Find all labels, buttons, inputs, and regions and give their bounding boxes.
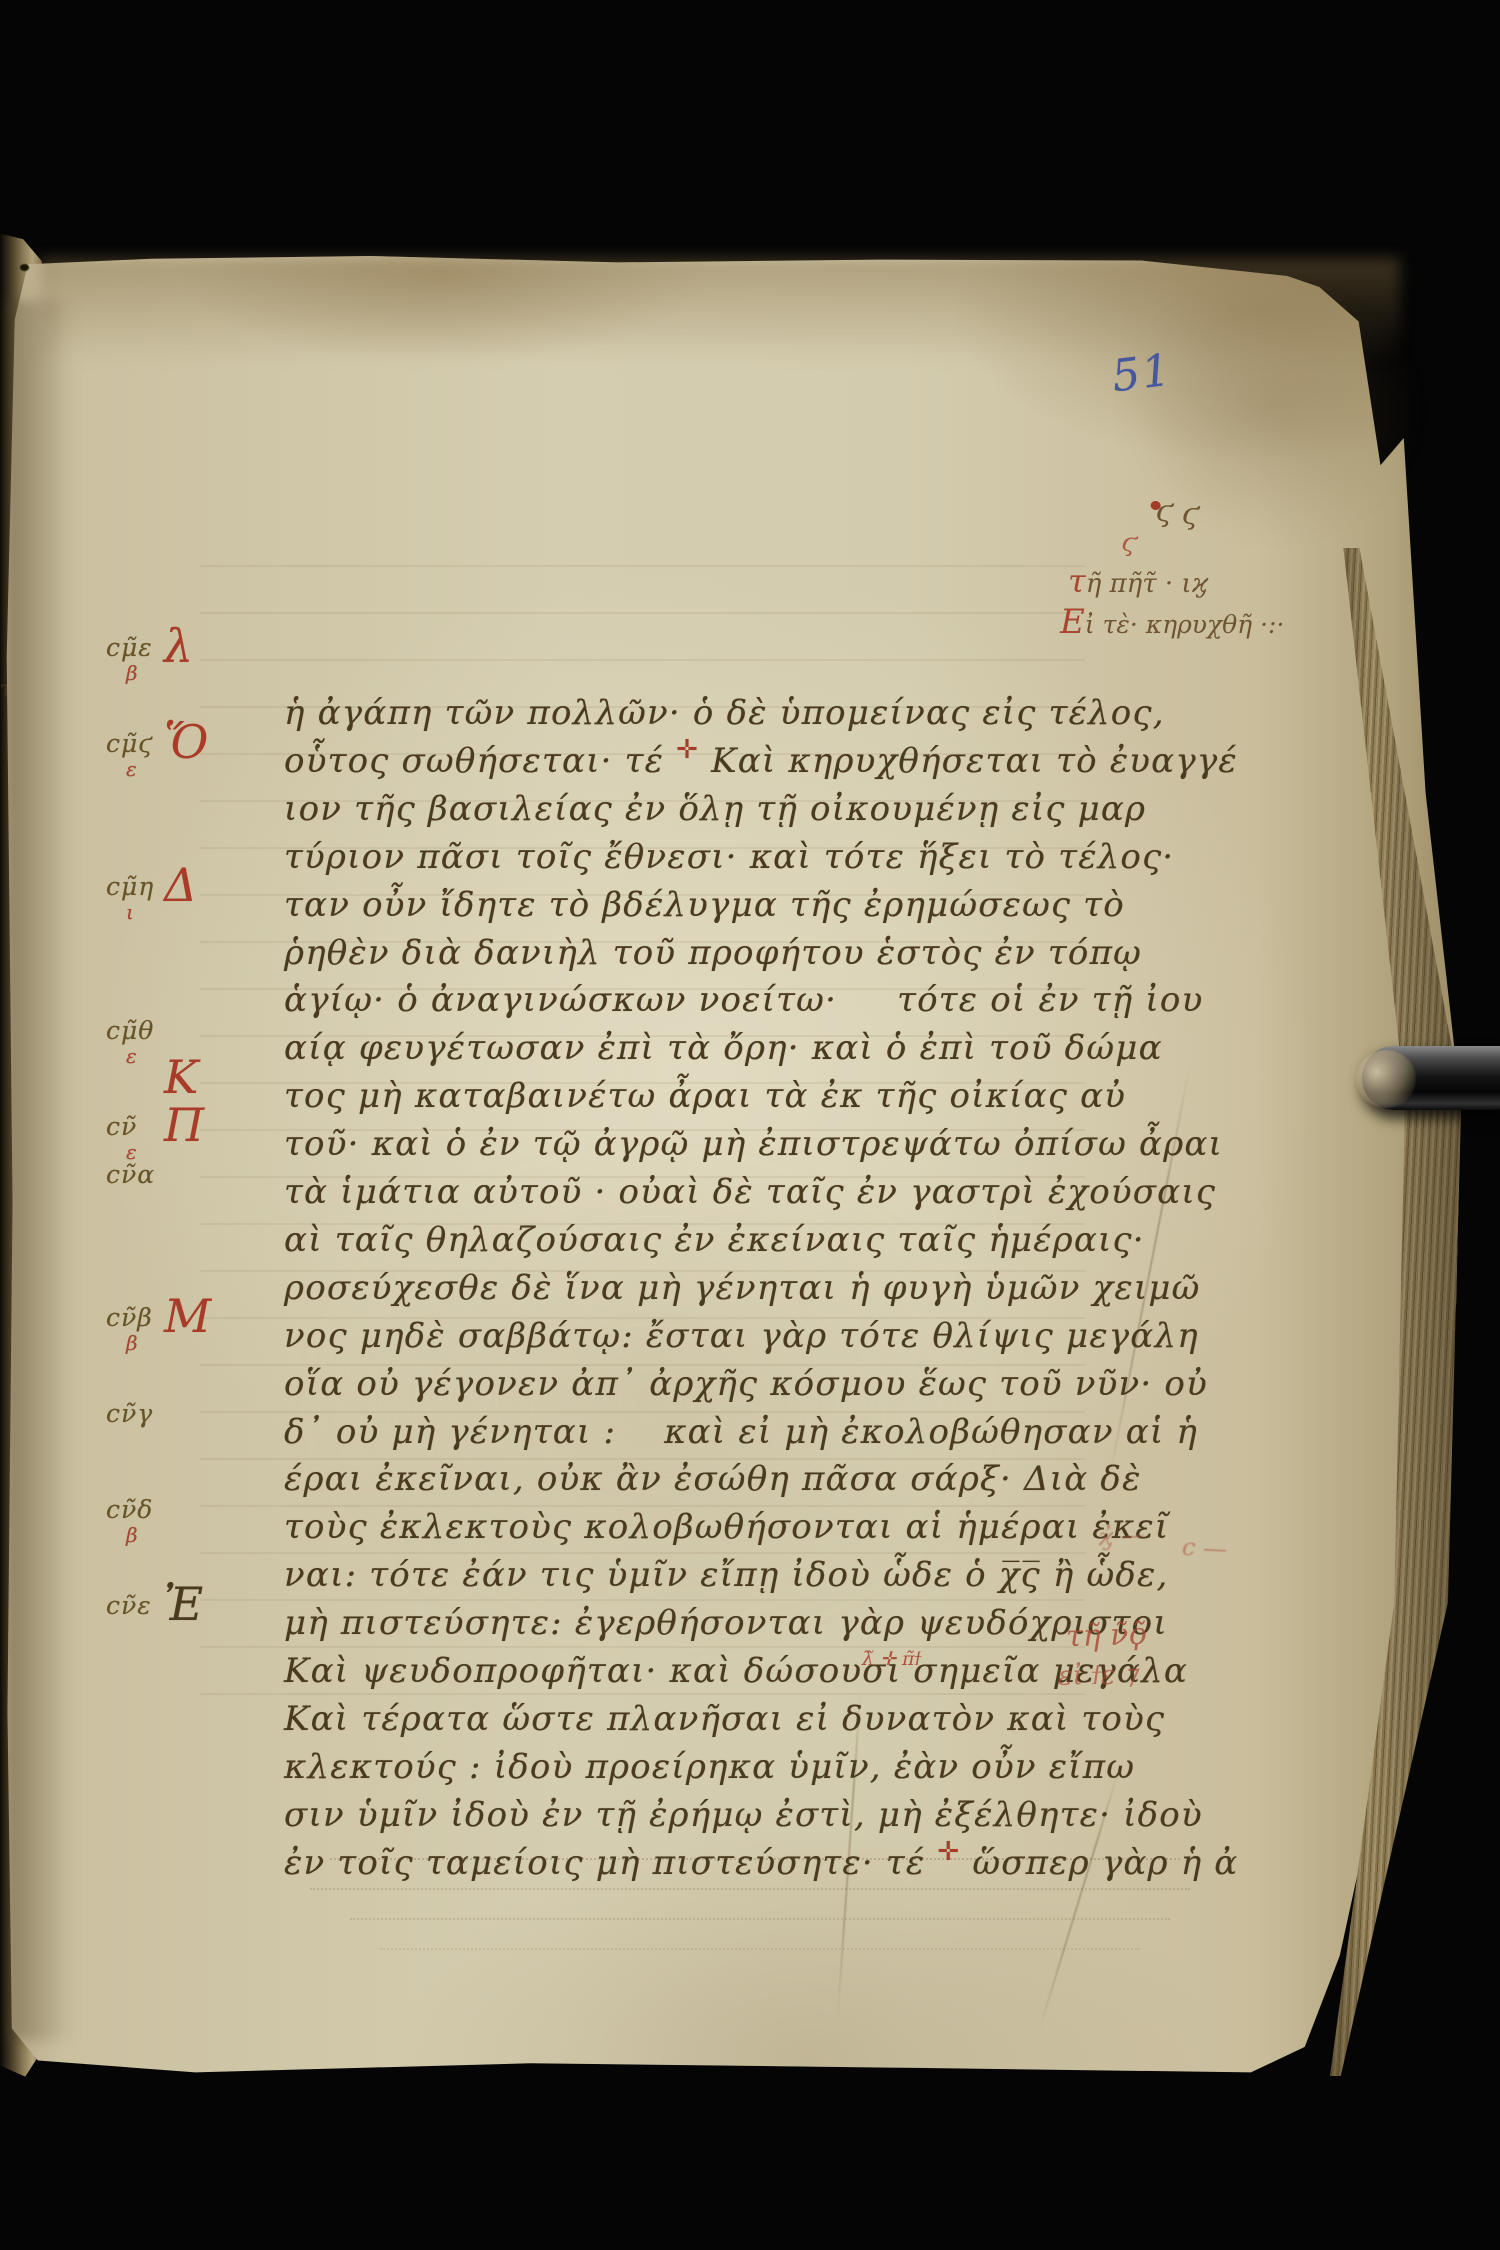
eusebian-section-number: ϲν̃: [106, 1112, 137, 1141]
line-text: ἐν τοῖς ταμείοις μὴ πιστεύσητε· τέ: [284, 1843, 937, 1883]
eusebian-section-number: ϲν̃ε: [106, 1591, 152, 1620]
rubricated-initial: Μ: [164, 1293, 212, 1339]
faded-rubric-mark: ϗ̓ —: [1097, 1520, 1145, 1551]
rubricated-initial: Ὅ: [164, 719, 210, 765]
eusebian-section-number: ϲν̃β: [106, 1303, 153, 1332]
rubric-initial: Ε: [1060, 602, 1085, 642]
lection-note-bottom-line1: τῆ ν̃ϙ̃: [1065, 1617, 1147, 1655]
eusebian-section-number: ϲμ̃ϛ: [106, 729, 153, 758]
rubric-initial: τ: [1068, 562, 1086, 600]
line-text: ὥσπερ γὰρ ἡ ἀ: [960, 1843, 1238, 1883]
rubricated-initial: Δ: [164, 862, 198, 908]
faded-rubric-mark: ϲ —: [1181, 1533, 1227, 1563]
eusebian-section-number: ϲμ̃θ: [106, 1016, 154, 1045]
eusebian-section-number: ϲν̃γ: [106, 1399, 153, 1428]
wormhole: [20, 264, 29, 271]
rubricated-initial: Π: [164, 1102, 205, 1148]
lection-note-bottom-line2: εἰ ϯε ⁊: [1058, 1659, 1138, 1691]
canon-number: ε: [126, 1044, 138, 1068]
eusebian-section-number: ϲν̃α: [106, 1160, 155, 1189]
canon-number: ι: [126, 900, 135, 924]
eusebian-section-number: ϲμ̃ε: [106, 633, 153, 662]
eusebian-section-number: ϲν̃δ: [106, 1495, 153, 1524]
interlinear-correction: λ̃ ✛ π̃ϯ: [862, 1648, 921, 1671]
rubricated-initial: Κ: [164, 1054, 200, 1100]
canon-number: ε: [126, 757, 138, 781]
blind-ruling: [380, 1948, 1140, 1950]
text-block: ἡ ἀγάπη τῶν πολλῶν· ὁ δὲ ὑπομείνας εἰς τ…: [212, 533, 1092, 1743]
marginal-flourish: ϛ ϛ: [1148, 493, 1201, 533]
canon-number: β: [126, 1523, 139, 1547]
eusebian-section-number: ϲμ̃η: [106, 872, 154, 901]
canon-number: β: [126, 1331, 139, 1355]
lection-cross-icon: ✛: [937, 1837, 960, 1867]
rubricated-initial: Ἐ: [164, 1581, 204, 1627]
lection-note-line2: Εἰ τὲ· κηρυχθῆ ·:· ✛: [1060, 602, 1369, 642]
folio-number: 51: [1109, 345, 1175, 403]
rubricated-initial: λ: [164, 623, 194, 669]
canon-number: β: [126, 661, 139, 685]
page-holder-clip-tip: [1356, 1050, 1416, 1108]
manuscript-photo: ᾔτ ται· 51 ἡ ἀγάπη τῶν πολλῶν· ὁ δὲ ὑπομ…: [0, 0, 1500, 2250]
text-line: ἐν τοῖς ταμείοις μὴ πιστεύσητε· τέ ✛ ὥσπ…: [212, 1683, 1092, 1923]
lection-note-line1: τῆ πη̃τ̃ · ιϗ: [1068, 562, 1208, 600]
